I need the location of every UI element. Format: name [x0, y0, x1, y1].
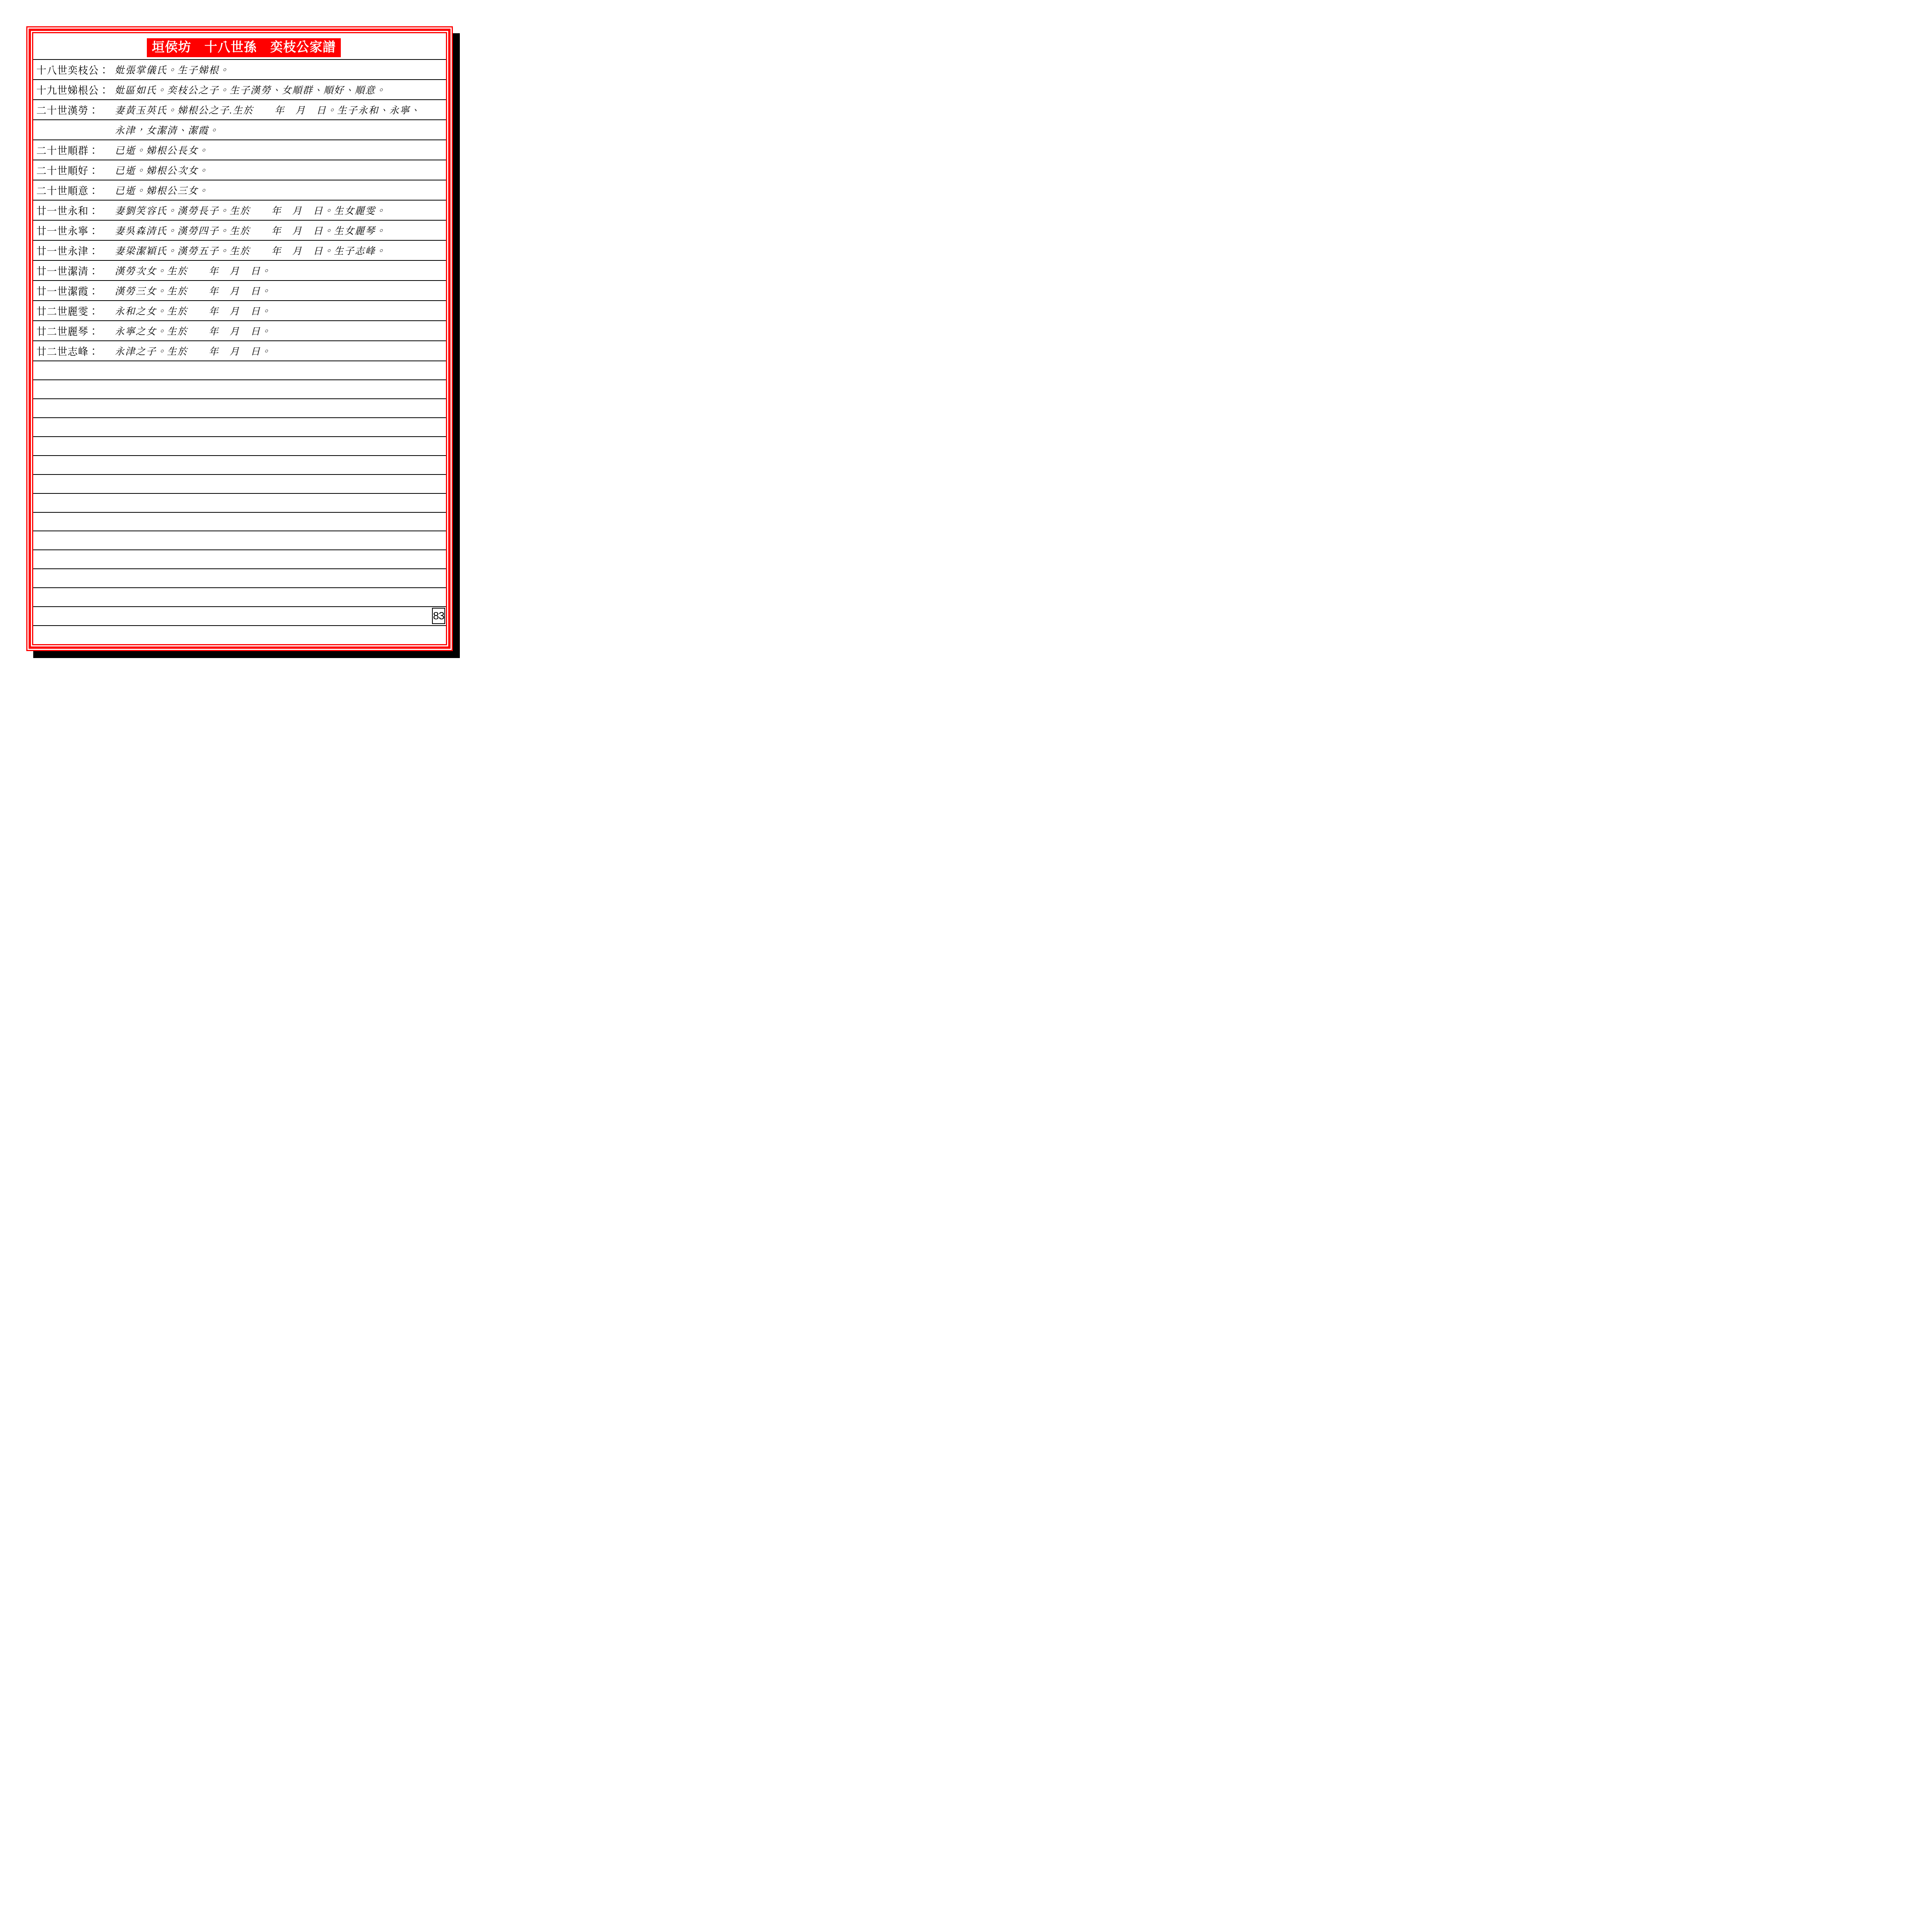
- page-number-box: 83: [432, 608, 445, 624]
- ruled-blank-row: 83: [33, 606, 446, 625]
- generation-label: 二十世順意：: [33, 183, 115, 197]
- entry-text: 永津，女潔清、潔霞。: [115, 123, 446, 137]
- entry-text: 妻劉笑容氏。漢勞長子。生於 年 月 日。生女麗雯。: [115, 203, 446, 217]
- entry-text: 妣張掌儀氏。生子娣根。: [115, 63, 446, 77]
- ruled-blank-row: [33, 455, 446, 474]
- ruled-blank-row: [33, 531, 446, 549]
- generation-label: 廿一世永寧：: [33, 223, 115, 238]
- document-page: 垣侯坊 十八世孫 奕枝公家譜 十八世奕枝公：妣張掌儀氏。生子娣根。十九世娣根公：…: [26, 26, 453, 651]
- generation-label: 廿二世麗琴：: [33, 324, 115, 338]
- generation-label: 二十世順好：: [33, 163, 115, 177]
- ruled-blank-row: [33, 493, 446, 512]
- generation-label: 廿一世潔霞：: [33, 284, 115, 298]
- table-row: 廿二世志峰：永津之子。生於 年 月 日。: [33, 340, 446, 361]
- generation-label: 二十世漢勞：: [33, 103, 115, 117]
- table-row: 十九世娣根公：妣區如氏。奕枝公之子。生子漢勞、女順群、順好、順意。: [33, 79, 446, 99]
- ruled-blank-row: [33, 625, 446, 644]
- genealogy-table: 十八世奕枝公：妣張掌儀氏。生子娣根。十九世娣根公：妣區如氏。奕枝公之子。生子漢勞…: [33, 59, 446, 644]
- table-row: 廿二世麗琴：永寧之女。生於 年 月 日。: [33, 320, 446, 340]
- entry-text: 妻梁潔穎氏。漢勞五子。生於 年 月 日。生子志峰。: [115, 243, 446, 257]
- page-number: 83: [433, 610, 444, 622]
- entry-text: 已逝。娣根公長女。: [115, 143, 446, 157]
- table-row-continuation: 永津，女潔清、潔霞。: [33, 119, 446, 139]
- ruled-blank-row: [33, 417, 446, 436]
- table-row: 廿一世永和：妻劉笑容氏。漢勞長子。生於 年 月 日。生女麗雯。: [33, 200, 446, 220]
- table-row: 廿一世潔霞：漢勞三女。生於 年 月 日。: [33, 280, 446, 300]
- table-row: 廿一世潔清：漢勞次女。生於 年 月 日。: [33, 260, 446, 280]
- ruled-blank-row: [33, 474, 446, 493]
- generation-label: 廿二世志峰：: [33, 344, 115, 358]
- entry-text: 永和之女。生於 年 月 日。: [115, 304, 446, 318]
- entry-text: 妻吳森清氏。漢勞四子。生於 年 月 日。生女麗琴。: [115, 223, 446, 237]
- ruled-blank-row: [33, 361, 446, 379]
- table-row: 二十世順意：已逝。娣根公三女。: [33, 180, 446, 200]
- generation-label: 廿一世潔清：: [33, 264, 115, 278]
- table-row: 二十世漢勞：妻黃玉英氏。娣根公之子.生於 年 月 日。生子永和、永寧、: [33, 99, 446, 119]
- ruled-blank-row: [33, 568, 446, 587]
- entry-text: 漢勞次女。生於 年 月 日。: [115, 264, 446, 277]
- ruled-blank-row: [33, 512, 446, 531]
- table-row: 廿一世永寧：妻吳森清氏。漢勞四子。生於 年 月 日。生女麗琴。: [33, 220, 446, 240]
- page-title: 垣侯坊 十八世孫 奕枝公家譜: [147, 38, 341, 57]
- table-row: 二十世順群：已逝。娣根公長女。: [33, 139, 446, 160]
- entry-text: 已逝。娣根公次女。: [115, 163, 446, 177]
- document-canvas: 垣侯坊 十八世孫 奕枝公家譜 十八世奕枝公：妣張掌儀氏。生子娣根。十九世娣根公：…: [0, 0, 479, 678]
- entry-text: 已逝。娣根公三女。: [115, 183, 446, 197]
- ruled-blank-row: [33, 587, 446, 606]
- frame-middle-band: 垣侯坊 十八世孫 奕枝公家譜 十八世奕枝公：妣張掌儀氏。生子娣根。十九世娣根公：…: [29, 29, 451, 649]
- entry-text: 永津之子。生於 年 月 日。: [115, 344, 446, 358]
- ruled-blank-row: [33, 436, 446, 455]
- entry-text: 妻黃玉英氏。娣根公之子.生於 年 月 日。生子永和、永寧、: [115, 103, 446, 117]
- generation-label: 十八世奕枝公：: [33, 63, 115, 77]
- table-row: 廿二世麗雯：永和之女。生於 年 月 日。: [33, 300, 446, 320]
- title-zone: 垣侯坊 十八世孫 奕枝公家譜: [33, 33, 446, 59]
- generation-label: 廿一世永和：: [33, 203, 115, 218]
- table-row: 廿一世永津：妻梁潔穎氏。漢勞五子。生於 年 月 日。生子志峰。: [33, 240, 446, 260]
- generation-label: 二十世順群：: [33, 143, 115, 157]
- entry-text: 永寧之女。生於 年 月 日。: [115, 324, 446, 338]
- frame-inner-band: 垣侯坊 十八世孫 奕枝公家譜 十八世奕枝公：妣張掌儀氏。生子娣根。十九世娣根公：…: [32, 32, 447, 645]
- table-row: 十八世奕枝公：妣張掌儀氏。生子娣根。: [33, 59, 446, 79]
- generation-label: 十九世娣根公：: [33, 83, 115, 97]
- ruled-blank-row: [33, 549, 446, 568]
- entry-text: 漢勞三女。生於 年 月 日。: [115, 284, 446, 298]
- generation-label: 廿二世麗雯：: [33, 304, 115, 318]
- table-row: 二十世順好：已逝。娣根公次女。: [33, 160, 446, 180]
- ruled-blank-row: [33, 398, 446, 417]
- ruled-blank-row: [33, 379, 446, 398]
- entry-text: 妣區如氏。奕枝公之子。生子漢勞、女順群、順好、順意。: [115, 83, 446, 97]
- generation-label: 廿一世永津：: [33, 243, 115, 258]
